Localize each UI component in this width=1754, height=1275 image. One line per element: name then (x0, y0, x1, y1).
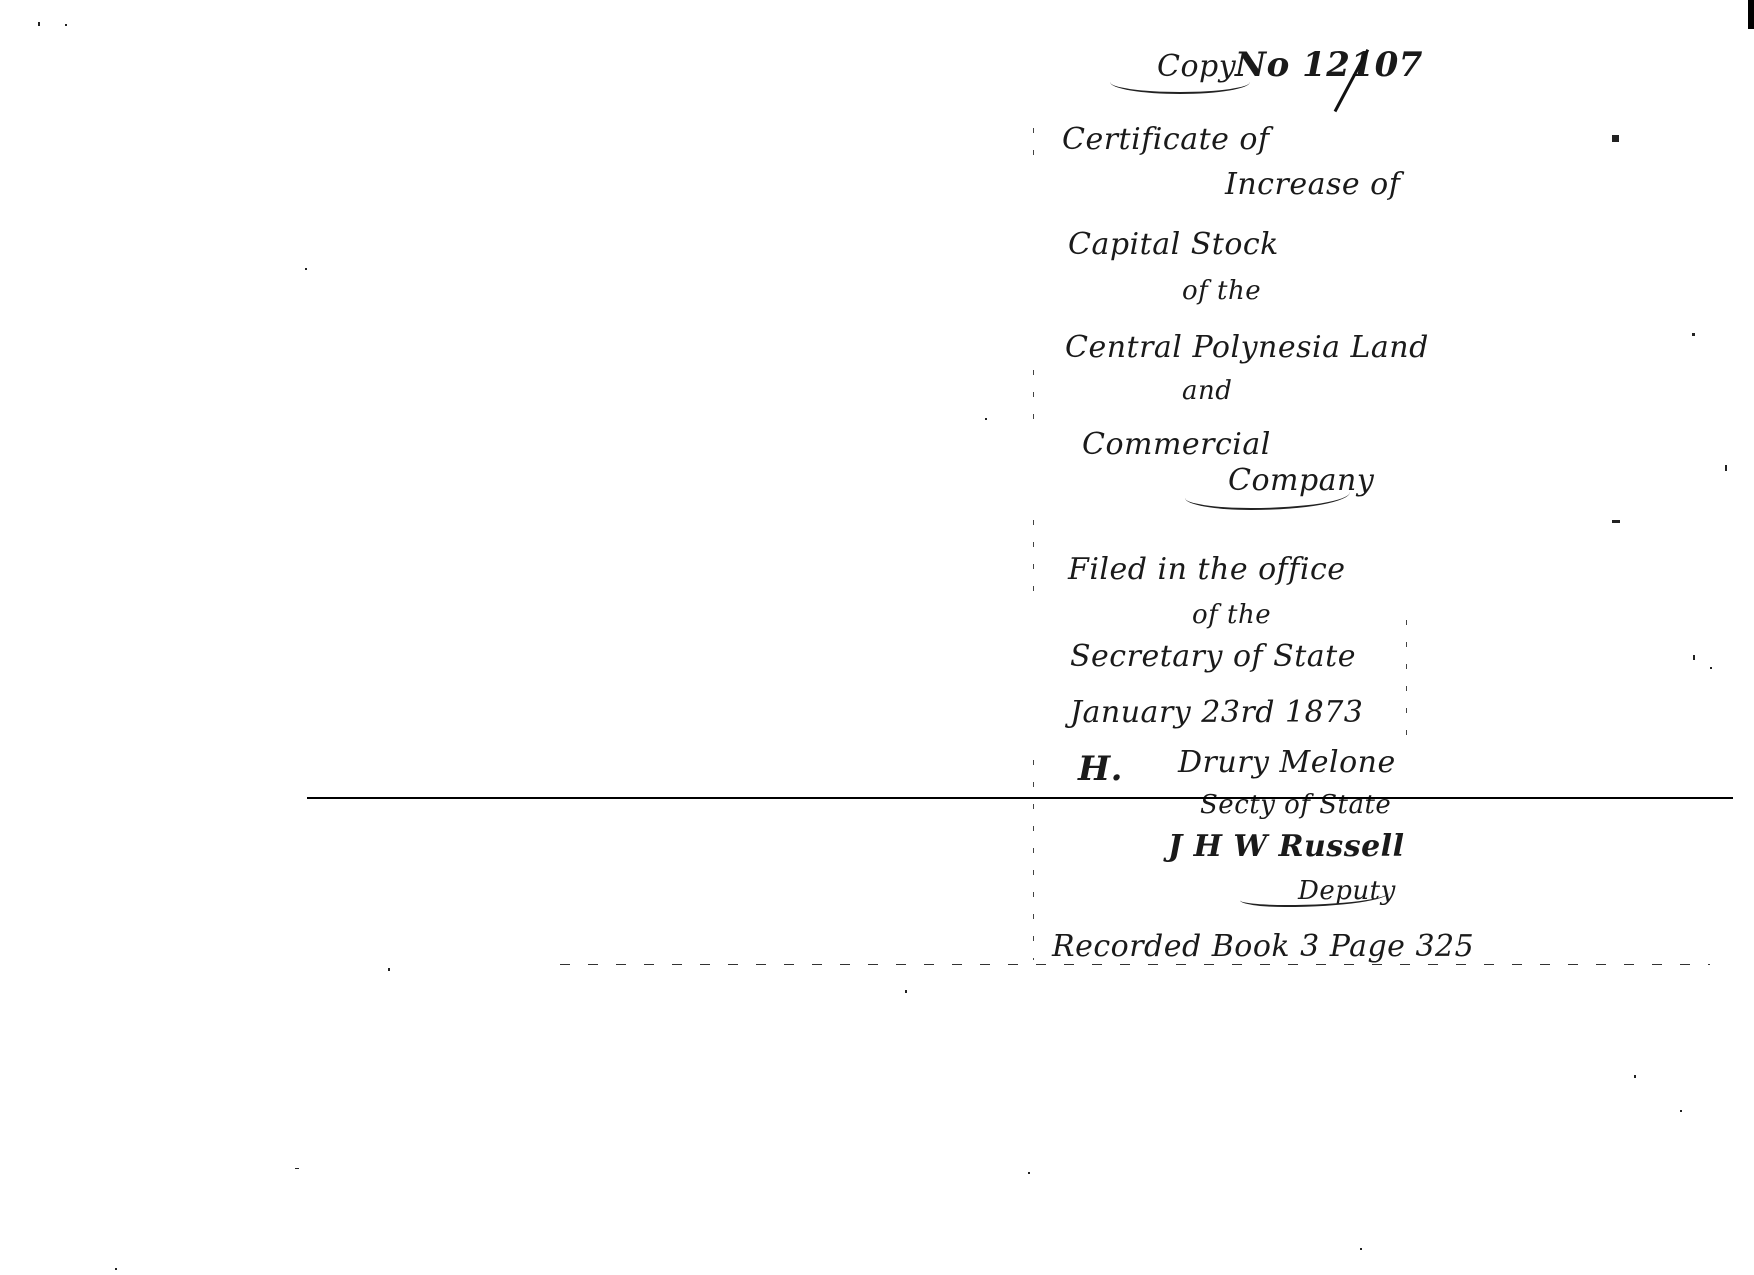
scan-speck (1634, 1075, 1636, 1078)
scan-speck (985, 418, 987, 420)
scan-speck (115, 1268, 117, 1270)
scan-speck (1028, 1172, 1030, 1174)
scanned-document-page: Copy No 12107 Certificate of Increase of… (0, 0, 1754, 1275)
signature-secretary-title: Secty of State (1200, 792, 1391, 818)
title-closing-flourish (1185, 480, 1350, 510)
title-line-certificate: Certificate of (1062, 125, 1270, 155)
scan-speck (905, 990, 907, 993)
horizontal-fold-line (307, 797, 1733, 799)
scan-speck (1680, 1110, 1682, 1112)
scan-speck (1693, 655, 1695, 660)
signature-deputy-name: J H W Russell (1168, 832, 1404, 862)
filing-line-secretary-of-state: Secretary of State (1070, 642, 1356, 672)
filing-date: January 23rd 1873 (1070, 698, 1363, 728)
title-line-commercial: Commercial (1082, 430, 1271, 460)
filing-line-of-the: of the (1192, 602, 1271, 628)
left-margin-dashes (1033, 370, 1034, 420)
left-margin-dashes (1033, 520, 1034, 600)
dashed-bottom-rule (560, 964, 1710, 965)
scan-speck (295, 1168, 299, 1169)
scan-speck (1710, 667, 1712, 669)
recording-note: Recorded Book 3 Page 325 (1052, 932, 1474, 962)
scan-speck (388, 968, 390, 971)
scan-speck (1612, 520, 1620, 523)
filing-line-filed-in-office: Filed in the office (1068, 555, 1346, 585)
scan-speck (1612, 135, 1619, 142)
scan-speck (65, 24, 67, 26)
title-line-company-name: Central Polynesia Land (1065, 333, 1429, 363)
scan-speck (1692, 333, 1695, 336)
title-line-of-the: of the (1182, 278, 1261, 304)
scan-speck (1360, 1248, 1362, 1250)
copy-number: No 12107 (1235, 48, 1423, 82)
scan-speck (38, 22, 40, 26)
title-line-and: and (1182, 378, 1232, 404)
signature-secretary-name: Drury Melone (1178, 748, 1396, 778)
scan-edge-mark (1748, 0, 1754, 29)
right-margin-dashes (1406, 620, 1407, 750)
left-margin-dashes (1033, 128, 1034, 168)
scan-speck (1725, 465, 1727, 471)
copy-underline-flourish (1110, 70, 1250, 94)
signature-initial: H. (1078, 752, 1123, 786)
left-margin-dashes (1033, 760, 1034, 960)
title-line-increase: Increase of (1225, 170, 1400, 200)
scan-speck (305, 268, 307, 270)
title-line-capital-stock: Capital Stock (1068, 230, 1279, 260)
